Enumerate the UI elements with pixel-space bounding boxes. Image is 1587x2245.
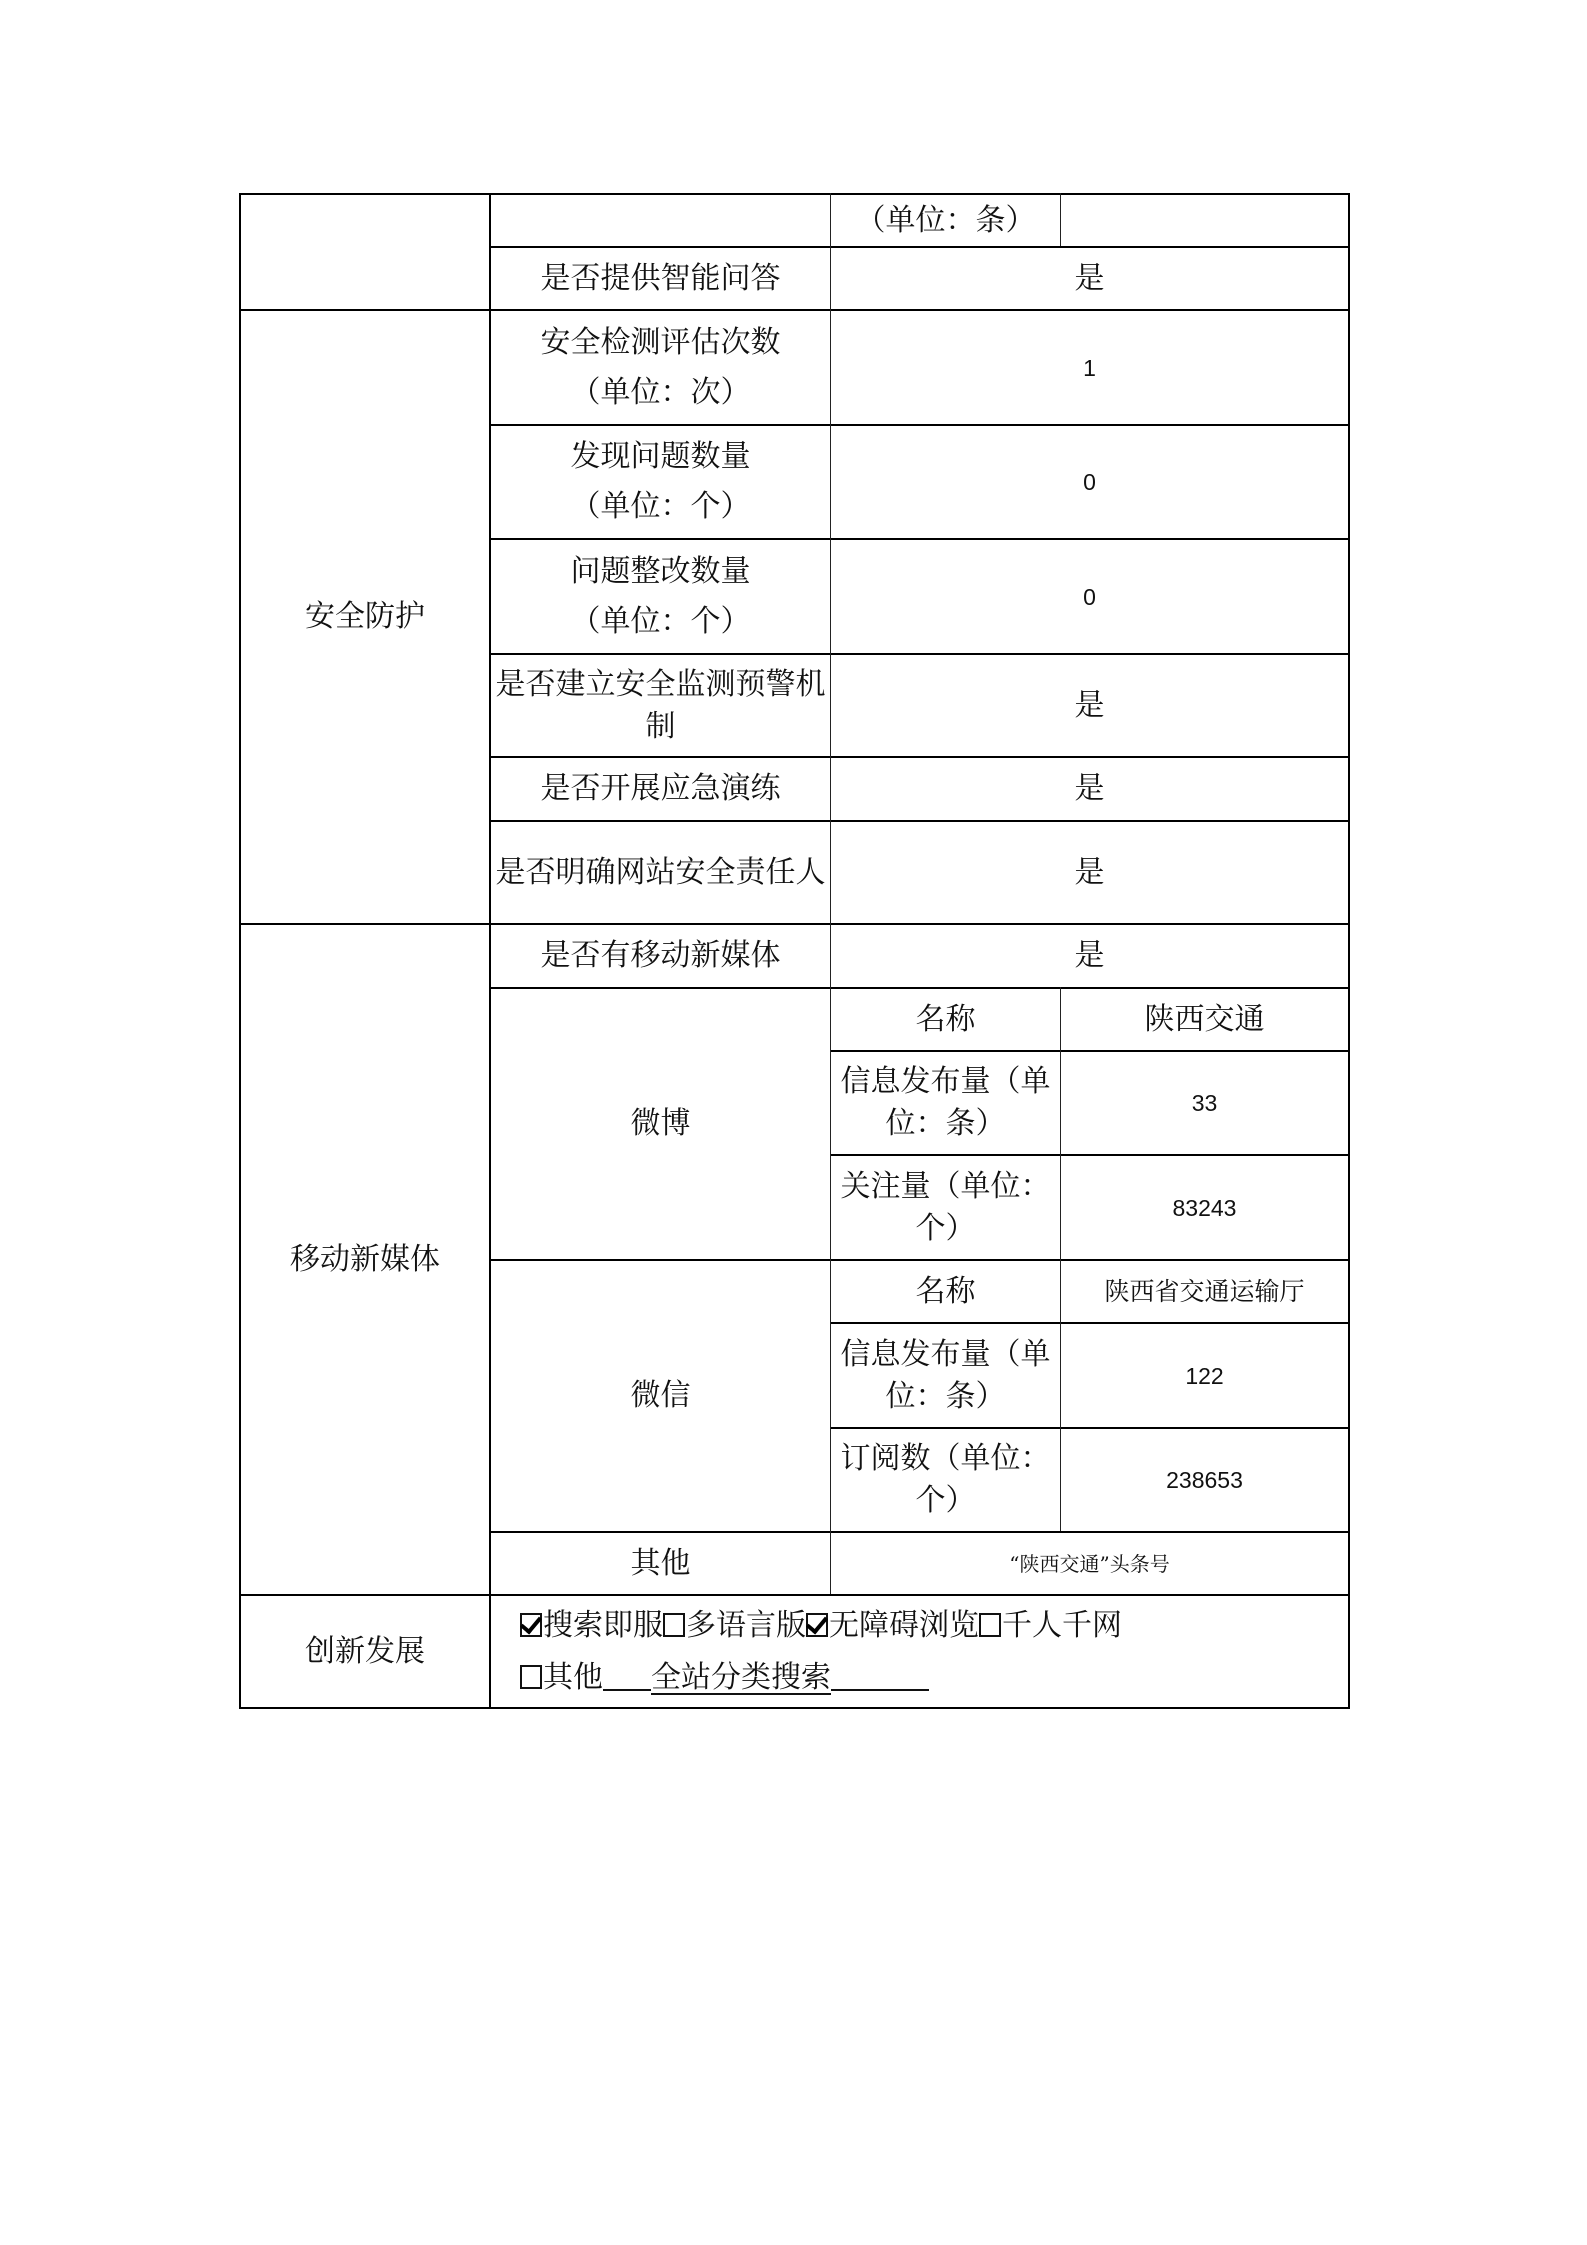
weibo-followers-label: 关注量（单位：个） (834, 1166, 1057, 1250)
innovation-options-line-2: 其他全站分类搜索 (520, 1652, 1340, 1704)
wechat-label-cell: 微信 (491, 1261, 830, 1531)
wechat-label: 微信 (631, 1375, 691, 1417)
wechat-name-value: 陕西省交通运输厅 (1104, 1271, 1304, 1313)
weibo-followers-value: 83243 (1173, 1187, 1237, 1229)
security-row-value: 是 (1075, 685, 1105, 727)
security-row-value: 0 (1083, 576, 1096, 618)
security-row-value-cell: 0 (831, 426, 1348, 538)
weibo-followers-value-cell: 83243 (1061, 1156, 1348, 1259)
option-label: 千人千网 (1002, 1608, 1122, 1643)
weibo-posts-value: 33 (1192, 1082, 1218, 1124)
security-row-value: 0 (1083, 461, 1096, 503)
weibo-followers-label-cell: 关注量（单位：个） (831, 1156, 1060, 1259)
has-mobile-media-value: 是 (1075, 935, 1105, 977)
weibo-label-cell: 微博 (491, 989, 830, 1259)
security-row-value: 是 (1075, 852, 1105, 894)
weibo-name-label-cell: 名称 (831, 989, 1060, 1050)
other-option-value: 全站分类搜索 (651, 1660, 831, 1695)
has-mobile-media-value-cell: 是 (831, 925, 1348, 987)
innovation-section-label-cell: 创新发展 (241, 1596, 489, 1707)
option-label: 多语言版 (686, 1608, 806, 1643)
other-media-value-cell: “陕西交通”头条号 (831, 1533, 1348, 1594)
security-row-unit: （单位：个） (571, 486, 751, 528)
weibo-posts-label-cell: 信息发布量（单位：条） (831, 1052, 1060, 1154)
other-media-value: “陕西交通”头条号 (1009, 1543, 1169, 1585)
unit-label: （单位：条） (856, 200, 1036, 242)
table-border-bottom (239, 1707, 1350, 1709)
empty-value-cell (1061, 195, 1348, 246)
checkbox-checked-icon[interactable] (520, 1613, 542, 1637)
mobile-media-section-label: 移动新媒体 (290, 1239, 440, 1281)
option-label: 搜索即服 (543, 1608, 663, 1643)
innovation-options: 搜索即服多语言版无障碍浏览千人千网 其他全站分类搜索 (520, 1600, 1340, 1704)
security-row-value: 是 (1075, 768, 1105, 810)
intelligent-qa-value: 是 (1075, 258, 1105, 300)
checkbox-checked-icon[interactable] (806, 1613, 828, 1637)
security-row-value-cell: 1 (831, 311, 1348, 424)
wechat-posts-value: 122 (1185, 1355, 1223, 1397)
security-row-label-cell: 发现问题数量 （单位：个） (491, 426, 830, 538)
wechat-posts-value-cell: 122 (1061, 1324, 1348, 1427)
checkbox-unchecked-icon[interactable] (663, 1613, 685, 1637)
security-row-label-cell: 是否明确网站安全责任人 (491, 822, 830, 923)
option-label: 无障碍浏览 (829, 1608, 979, 1643)
wechat-subscribers-label: 订阅数（单位：个） (834, 1438, 1057, 1522)
wechat-name-value-cell: 陕西省交通运输厅 (1061, 1261, 1348, 1322)
security-section-label-cell: 安全防护 (241, 311, 489, 923)
underline-blank (831, 1659, 929, 1691)
security-row-unit: （单位：个） (571, 601, 751, 643)
security-section-label: 安全防护 (305, 596, 425, 638)
underline-blank (603, 1659, 651, 1691)
weibo-name-label: 名称 (916, 999, 976, 1041)
mobile-media-section-label-cell: 移动新媒体 (241, 925, 489, 1594)
security-row-label-cell: 安全检测评估次数 （单位：次） (491, 311, 830, 424)
innovation-options-line-1: 搜索即服多语言版无障碍浏览千人千网 (520, 1600, 1340, 1652)
innovation-section-label: 创新发展 (305, 1631, 425, 1673)
other-media-label: 其他 (631, 1543, 691, 1585)
wechat-name-label: 名称 (916, 1271, 976, 1313)
weibo-posts-label: 信息发布量（单位：条） (834, 1061, 1057, 1145)
wechat-posts-label: 信息发布量（单位：条） (834, 1334, 1057, 1418)
wechat-posts-label-cell: 信息发布量（单位：条） (831, 1324, 1060, 1427)
security-row-value-cell: 是 (831, 655, 1348, 756)
security-row-value-cell: 是 (831, 758, 1348, 820)
security-row-value-cell: 是 (831, 822, 1348, 923)
has-mobile-media-label: 是否有移动新媒体 (541, 935, 781, 977)
intelligent-qa-value-cell: 是 (831, 248, 1348, 309)
security-row-label-cell: 是否开展应急演练 (491, 758, 830, 820)
wechat-subscribers-label-cell: 订阅数（单位：个） (831, 1429, 1060, 1531)
checkbox-unchecked-icon[interactable] (520, 1665, 542, 1689)
weibo-name-value: 陕西交通 (1145, 999, 1265, 1041)
wechat-name-label-cell: 名称 (831, 1261, 1060, 1322)
table-border-right (1348, 193, 1350, 1709)
security-row-label: 是否建立安全监测预警机制 (494, 664, 827, 748)
security-row-label-cell: 问题整改数量 （单位：个） (491, 540, 830, 653)
checkbox-unchecked-icon[interactable] (979, 1613, 1001, 1637)
weibo-name-value-cell: 陕西交通 (1061, 989, 1348, 1050)
has-mobile-media-label-cell: 是否有移动新媒体 (491, 925, 830, 987)
unit-label-cell: （单位：条） (831, 195, 1060, 246)
intelligent-qa-label-cell: 是否提供智能问答 (491, 248, 830, 309)
wechat-subscribers-value-cell: 238653 (1061, 1429, 1348, 1531)
wechat-subscribers-value: 238653 (1166, 1459, 1243, 1501)
security-row-label: 安全检测评估次数 (541, 322, 781, 364)
security-row-label: 是否开展应急演练 (541, 768, 781, 810)
security-row-value-cell: 0 (831, 540, 1348, 653)
security-row-label: 问题整改数量 (571, 551, 751, 593)
security-row-unit: （单位：次） (571, 372, 751, 414)
security-row-label-cell: 是否建立安全监测预警机制 (491, 655, 830, 756)
security-row-value: 1 (1083, 347, 1096, 389)
intelligent-qa-label: 是否提供智能问答 (541, 258, 781, 300)
document-page: （单位：条） 是否提供智能问答 是 安全防护 安全检测评估次数 （单位：次） 1… (0, 0, 1587, 2245)
other-media-label-cell: 其他 (491, 1533, 830, 1594)
security-row-label: 发现问题数量 (571, 436, 751, 478)
security-row-label: 是否明确网站安全责任人 (496, 852, 826, 894)
weibo-posts-value-cell: 33 (1061, 1052, 1348, 1154)
other-option-label: 其他 (543, 1660, 603, 1695)
weibo-label: 微博 (631, 1103, 691, 1145)
